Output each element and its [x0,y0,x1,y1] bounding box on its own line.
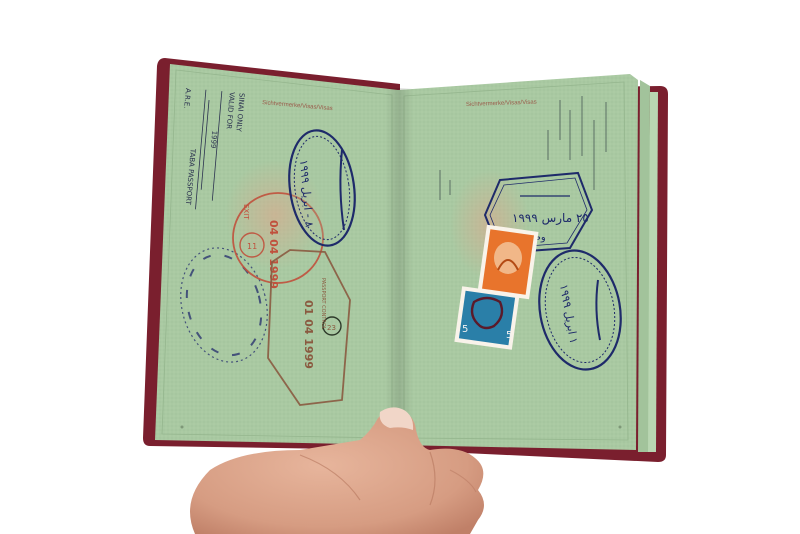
page-mark-right [619,426,622,429]
svg-text:11: 11 [247,242,257,251]
blue-revenue-stamp: 5 5 [454,286,519,350]
svg-text:5: 5 [506,330,512,341]
svg-text:EXIT: EXIT [242,204,250,220]
svg-text:٢٥ مارس ١٩٩٩: ٢٥ مارس ١٩٩٩ [512,211,589,226]
passport-photo: Sichtvermerke/Visas/Visas Sichtvermerke/… [0,0,800,534]
svg-text:PASSPORT CONTROL: PASSPORT CONTROL [320,278,326,330]
svg-text:23: 23 [327,324,336,332]
page-mark-left [181,426,184,429]
orange-revenue-stamp [478,225,539,300]
svg-text:04 04 1999: 04 04 1999 [267,220,280,289]
svg-text:01 04 1999: 01 04 1999 [302,300,315,369]
svg-text:5: 5 [462,324,468,335]
page-gutter [385,88,413,448]
